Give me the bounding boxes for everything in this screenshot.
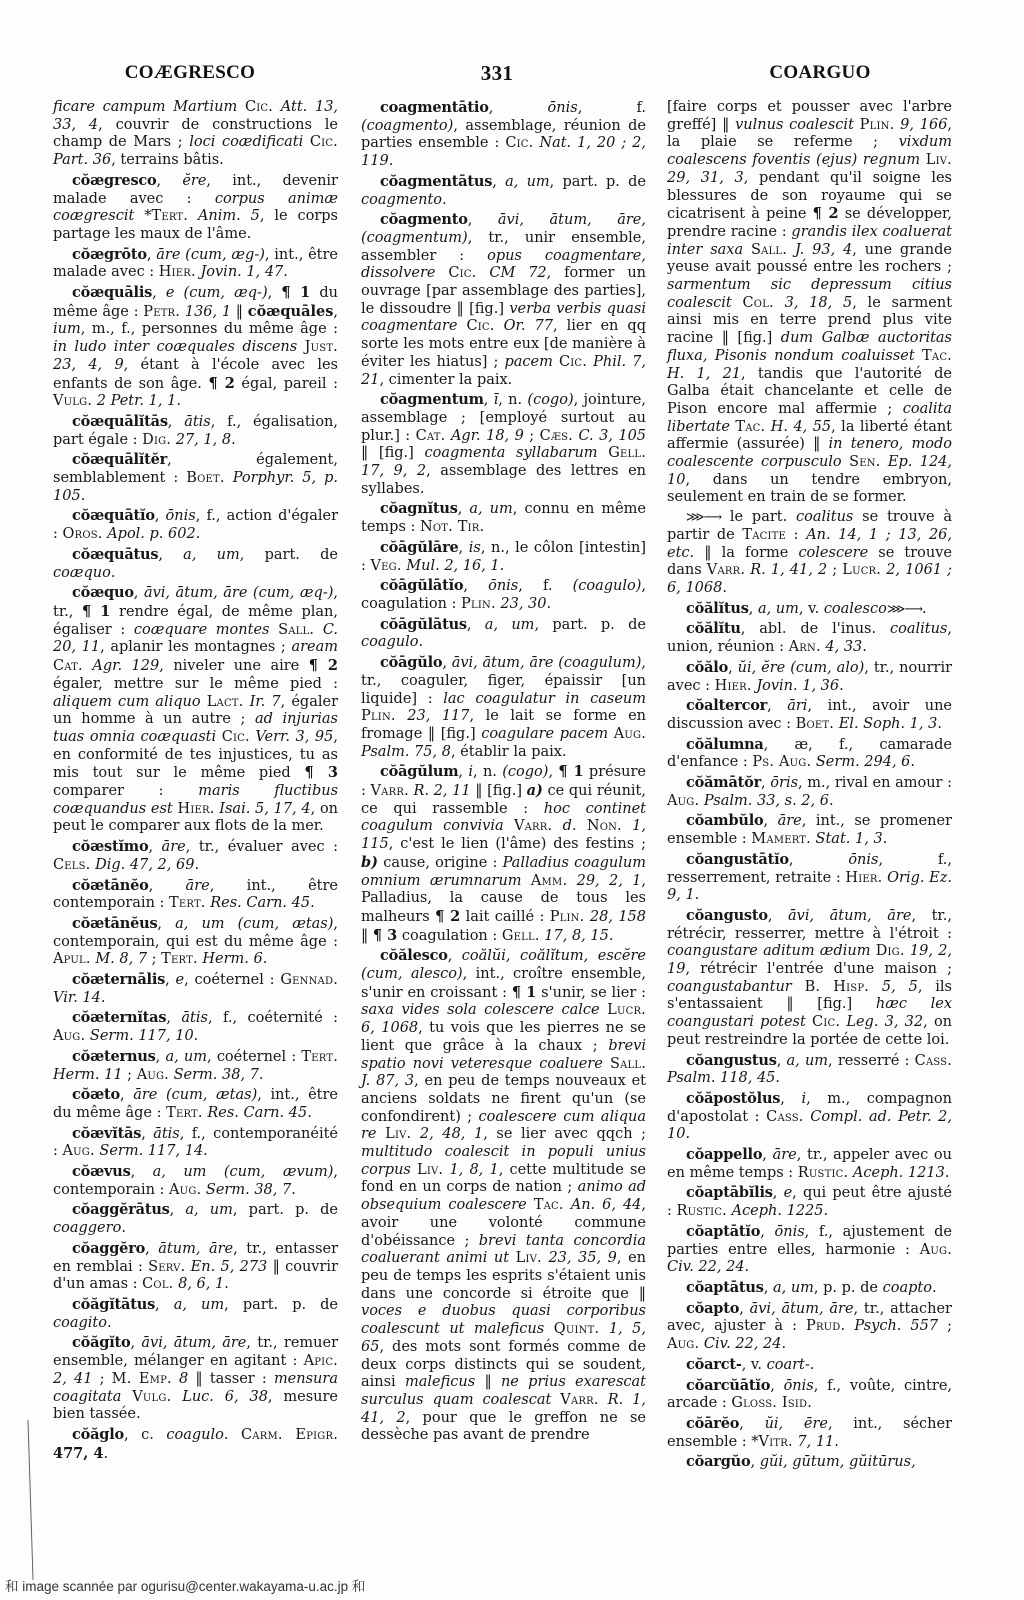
author-abbrev: Dig. — [142, 432, 171, 448]
author-abbrev: Aug. — [667, 793, 699, 809]
author-abbrev: Sall. — [751, 242, 787, 258]
definition-text: . — [834, 1434, 839, 1450]
definition-text: . — [310, 895, 315, 911]
definition-text: , resserré : — [828, 1053, 915, 1069]
italic-text: āre — [162, 839, 186, 855]
dictionary-entry: cŏætānĕus, a, um (cum, ætas), contempora… — [53, 915, 338, 969]
author-abbrev: Col. — [743, 295, 774, 311]
definition-text: , cimenter la paix. — [379, 372, 512, 388]
definition-text — [172, 1371, 179, 1387]
author-abbrev: Plin. — [550, 909, 585, 925]
definition-text — [527, 1197, 534, 1213]
italic-text: 29, 31, 3 — [667, 170, 744, 186]
definition-text: . — [418, 634, 423, 650]
entry-continuation: [faire corps et pousser avec l'arbre gre… — [667, 99, 952, 507]
definition-text — [273, 99, 281, 115]
italic-text: coæquo — [53, 565, 111, 581]
definition-text: ‖ la forme — [694, 545, 798, 561]
dictionary-entry: cŏāgŭlātus, a, um, part. p. de coagulo. — [361, 616, 646, 652]
author-abbrev: Tert. — [166, 1105, 203, 1121]
headword: cŏæquālĭtās — [72, 413, 168, 430]
italic-text: J. 87, 3 — [361, 1073, 414, 1089]
definition-text: . — [442, 192, 447, 208]
definition-text: . — [937, 716, 942, 732]
author-abbrev: Aug. — [63, 1143, 95, 1159]
italic-text: El. Soph. 1, 3 — [839, 716, 938, 732]
italic-text: āvi, ātum, āre (cum, æq-) — [144, 585, 333, 601]
definition-text: , — [131, 1164, 153, 1180]
author-abbrev: Tert. — [169, 895, 206, 911]
definition-text: , m., f., personnes du même âge : — [81, 321, 338, 337]
definition-text: . — [101, 990, 106, 1006]
definition-text: . — [775, 1070, 780, 1086]
headword: cŏaptābĭlis — [686, 1184, 773, 1201]
author-abbrev: Sen. — [849, 454, 880, 470]
definition-text: . — [695, 887, 700, 903]
headword: cŏălĭtus — [686, 600, 749, 617]
italic-text: d. — [563, 818, 577, 834]
definition-text: , — [170, 1202, 186, 1218]
italic-text: āre — [186, 878, 210, 894]
italic-text: aream — [291, 639, 338, 655]
definition-text — [774, 295, 785, 311]
dictionary-entry: cŏagnĭtus, a, um, connu en même temps : … — [361, 500, 646, 536]
definition-text: , v. — [799, 601, 824, 617]
headword: cŏămātŏr — [686, 774, 761, 791]
dictionary-entry: cŏăgĭtātus, a, um, part. p. de coagito. — [53, 1296, 338, 1332]
definition-text: . — [781, 1336, 786, 1352]
author-abbrev: Arn. — [789, 639, 821, 655]
headword: cŏæstĭmo — [72, 838, 148, 855]
definition-text: , — [459, 540, 469, 556]
headword: cŏæquālis — [72, 284, 152, 301]
author-abbrev: Aug. — [920, 1242, 952, 1258]
definition-text: , — [458, 501, 470, 517]
dictionary-entry: cŏagmentum, ī, n. (cogo), jointure, asse… — [361, 391, 646, 498]
definition-text: , — [131, 1335, 142, 1351]
italic-text: Ir. 7 — [250, 694, 281, 710]
italic-text: a, um — [758, 601, 799, 617]
italic-text: coalitus — [796, 509, 853, 525]
italic-text: CM 72 — [489, 265, 546, 281]
dictionary-entry: cŏappello, āre, tr., appeler avec ou en … — [667, 1146, 952, 1182]
definition-text: , — [120, 1087, 133, 1103]
italic-text: 23, 4, 9 — [53, 357, 124, 373]
italic-text: 7, 11 — [797, 1434, 834, 1450]
italic-text: Verr. 3, 95 — [255, 729, 333, 745]
headword: cŏaptātus — [686, 1279, 764, 1296]
italic-text: a, um — [183, 547, 240, 563]
italic-text: aliquem cum aliquo — [53, 694, 201, 710]
headword: cŏætānĕus — [72, 915, 157, 932]
definition-text — [603, 1056, 610, 1072]
author-abbrev: Hier. — [159, 264, 196, 280]
definition-text: , — [760, 1224, 774, 1240]
author-abbrev: Aug. — [53, 1028, 85, 1044]
definition-text: , — [467, 617, 485, 633]
author-abbrev: Apul. — [53, 951, 91, 967]
definition-text: . — [609, 928, 614, 944]
italic-text: Part. 36 — [53, 152, 111, 168]
dictionary-entry: cŏargŭo, gŭi, gūtum, gŭitūrus, — [667, 1453, 952, 1472]
italic-text: ātis — [184, 414, 211, 430]
definition-text: . — [829, 793, 834, 809]
headword: cŏăgĭtātus — [72, 1296, 155, 1313]
headword: cŏangustus — [686, 1052, 777, 1069]
italic-text: Luc. 6, 38 — [182, 1389, 268, 1405]
author-abbrev: Lact. — [207, 694, 244, 710]
italic-text: ficare campum Martium — [53, 99, 237, 115]
definition-text: . — [224, 1427, 241, 1443]
definition-text: . — [389, 153, 394, 169]
dictionary-entry: cŏangustus, a, um, resserré : Cass. Psal… — [667, 1052, 952, 1088]
definition-text: , établir la paix. — [451, 744, 567, 760]
definition-text: , coéternel : — [207, 1049, 301, 1065]
definition-text: , terrains bâtis. — [111, 152, 224, 168]
dictionary-entry: cŏaltercor, āri, int., avoir une discuss… — [667, 697, 952, 733]
definition-text: , — [168, 414, 184, 430]
dictionary-column-2: coagmentātio, ōnis, f. (coagmento), asse… — [361, 99, 646, 1447]
italic-text: Serm. 294, 6 — [816, 754, 911, 770]
headword: cŏārĕo — [686, 1415, 739, 1432]
definition-text: , — [463, 578, 488, 594]
italic-text: coagmenta syllabarum — [424, 445, 597, 461]
definition-text — [504, 818, 514, 834]
definition-text: ; — [827, 562, 842, 578]
italic-text: 2, 41 — [53, 1371, 92, 1387]
author-abbrev: Liv. — [417, 1162, 443, 1178]
headword: cŏangusto — [686, 907, 768, 924]
italic-text: āvi, ātum, āre — [141, 1335, 246, 1351]
headword: cŏāgŭlātĭo — [380, 577, 463, 594]
italic-text: H. 4, 55 — [771, 419, 831, 435]
italic-text: ōnis — [548, 100, 578, 116]
headword: cŏăglo — [72, 1426, 124, 1443]
italic-text: Psalm. 75, 8 — [361, 744, 451, 760]
italic-text: āvi, ātum, āre — [788, 908, 911, 924]
definition-text: . — [745, 1259, 750, 1275]
italic-text: Jovin. 1, 36 — [756, 678, 839, 694]
sense-letter: b) — [361, 854, 378, 871]
definition-text: , — [764, 813, 778, 829]
definition-text — [622, 818, 632, 834]
headword: cŏāgŭlātus — [380, 616, 467, 633]
italic-text: Res. Carn. 45 — [207, 1105, 307, 1121]
definition-text: , — [448, 948, 462, 964]
headword: cŏălesco — [380, 947, 448, 964]
definition-text: . — [263, 951, 268, 967]
definition-text: , — [149, 878, 186, 894]
definition-text — [577, 818, 587, 834]
left-guide-word: COÆGRESCO — [110, 60, 270, 86]
italic-text: Civ. 22, 24 — [667, 1259, 745, 1275]
italic-text: 17, 8, 15 — [544, 928, 609, 944]
definition-text: . — [839, 678, 844, 694]
italic-text: J. 93, 4 — [795, 242, 852, 258]
author-abbrev: Boet. — [796, 716, 834, 732]
definition-text: , — [166, 1010, 181, 1026]
author-abbrev: Plin. — [860, 117, 895, 133]
definition-text — [787, 242, 795, 258]
author-abbrev: Plin. — [461, 596, 496, 612]
definition-text: . — [111, 565, 116, 581]
definition-text: : — [786, 527, 806, 543]
italic-text: 29, 2, 1 — [577, 873, 642, 889]
dictionary-entry: cŏambŭlo, āre, int., se promener ensembl… — [667, 812, 952, 848]
author-abbrev: Varr. — [371, 783, 409, 799]
headword: cŏappello — [686, 1146, 762, 1163]
italic-text: Vir. 14 — [53, 990, 101, 1006]
definition-text: , — [155, 1297, 174, 1313]
author-abbrev: M. Emp. — [112, 1371, 172, 1387]
italic-text: coagulare pacem — [481, 726, 608, 742]
italic-text: Res. Carn. 45 — [210, 895, 310, 911]
italic-text: ātis — [181, 1010, 208, 1026]
definition-text — [842, 454, 849, 470]
italic-text: a, um — [485, 617, 535, 633]
author-abbrev: Tacite — [742, 527, 786, 543]
dictionary-entry: cŏălumna, æ, f., camarade d'enfance : Ps… — [667, 736, 952, 772]
italic-text: coangustare aditum ædium — [667, 943, 870, 959]
author-abbrev: Aug. — [614, 726, 646, 742]
definition-text: , niveler une aire — [159, 658, 309, 674]
italic-text: coagmento — [361, 192, 442, 208]
author-abbrev: Carm. Epigr. — [241, 1427, 338, 1443]
definition-text: , se lier avec qqch ; — [483, 1126, 646, 1142]
italic-text: Herm. 11 — [53, 1067, 123, 1083]
dictionary-entry: cŏălĭtu, abl. de l'inus. coalitus, union… — [667, 620, 952, 656]
italic-text: saxa vides sola colescere calce — [361, 1002, 600, 1018]
definition-text — [600, 1002, 608, 1018]
author-abbrev: Cels. — [53, 857, 91, 873]
definition-text: cause, origine : — [378, 855, 503, 871]
italic-text: colescere — [798, 545, 868, 561]
author-abbrev: Ps. Aug. — [752, 754, 811, 770]
italic-text: a, um — [174, 1297, 224, 1313]
bold-marker: 477, 4 — [53, 1445, 103, 1462]
italic-text: Aceph. 1225 — [732, 1203, 824, 1219]
definition-text — [869, 979, 882, 995]
italic-text: coagito — [53, 1315, 107, 1331]
definition-text: , — [767, 698, 787, 714]
italic-text: Anim. 5 — [198, 208, 260, 224]
dictionary-column-3: [faire corps et pousser avec l'arbre gre… — [667, 99, 952, 1474]
author-abbrev: Rustic. — [798, 1165, 848, 1181]
headword: cŏarcŭātĭo — [686, 1377, 770, 1394]
italic-text: coart- — [767, 1357, 810, 1373]
author-abbrev: Not. Tir. — [420, 519, 484, 535]
italic-text: coangustabantur — [667, 979, 792, 995]
author-abbrev: Cass. — [915, 1053, 952, 1069]
author-abbrev: Oros. — [63, 526, 103, 542]
dictionary-entry: cŏangustātĭo, ōnis, f., resserrement, re… — [667, 851, 952, 905]
author-abbrev: Vulg. — [132, 1389, 171, 1405]
headword: cŏaltercor — [686, 697, 767, 714]
dictionary-entry: cŏæternĭtas, ātis, f., coéternité : Aug.… — [53, 1009, 338, 1045]
definition-text: , — [458, 764, 468, 780]
author-abbrev: Tert. — [161, 951, 198, 967]
definition-text: ; — [123, 1067, 137, 1083]
author-abbrev: Cic. — [222, 729, 250, 745]
author-abbrev: Non. — [587, 818, 622, 834]
italic-text: Mul. 2, 16, 1 — [406, 558, 499, 574]
italic-text: coapto — [883, 1280, 932, 1296]
headword: cŏæquo — [72, 584, 134, 601]
italic-text: ium — [53, 321, 81, 337]
dictionary-entry: cŏægresco, ĕre, int., devenir malade ave… — [53, 172, 338, 244]
dictionary-entry: cŏăglo, c. coagulo. Carm. Epigr. 477, 4. — [53, 1426, 338, 1463]
author-abbrev: Prud. — [806, 1318, 845, 1334]
author-abbrev: Sall. — [610, 1056, 646, 1072]
author-abbrev: Tert. — [151, 208, 188, 224]
headword: coagmentātio — [380, 99, 489, 116]
author-abbrev: Vulg. — [53, 393, 92, 409]
definition-text: , — [492, 174, 505, 190]
italic-text: 8, 6, 1 — [178, 1276, 224, 1292]
definition-text: . — [547, 596, 552, 612]
author-abbrev: Cæs. — [540, 428, 573, 444]
definition-text: , — [147, 247, 156, 263]
definition-text: , c'est le lien (l'âme) des festins ; — [389, 836, 646, 852]
definition-text: , — [158, 547, 183, 563]
definition-text: , — [739, 1416, 764, 1432]
author-abbrev: Quint. — [554, 1321, 600, 1337]
dictionary-entry: cŏapto, āvi, ātum, āre, tr., attacher av… — [667, 1300, 952, 1354]
italic-text: 9, 166 — [900, 117, 947, 133]
definition-text: , — [157, 173, 183, 189]
italic-text: lac coagulatur in caseum — [443, 691, 646, 707]
headword: cŏagmentātus — [380, 173, 492, 190]
italic-text: āre — [778, 813, 802, 829]
italic-text: En. 5, 273 — [191, 1259, 268, 1275]
author-abbrev: Cic. — [310, 134, 338, 150]
definition-text — [476, 265, 489, 281]
definition-text: , — [777, 1053, 787, 1069]
definition-text: , — [141, 1126, 153, 1142]
definition-text: . — [194, 1028, 199, 1044]
definition-text: , — [548, 764, 558, 780]
dictionary-entry: cŏæto, āre (cum, ætas), int., être du mê… — [53, 1086, 338, 1122]
definition-text: , — [773, 1185, 784, 1201]
author-abbrev: Liv. — [516, 1250, 542, 1266]
author-abbrev: Lucr. — [842, 562, 881, 578]
definition-text: , p. p. de — [814, 1280, 883, 1296]
definition-text: . — [196, 526, 201, 542]
page-number: 331 — [457, 60, 537, 86]
headword: cŏangustātĭo — [686, 851, 789, 868]
definition-text — [303, 134, 310, 150]
headword: cŏagnĭtus — [380, 500, 458, 517]
dictionary-entry: cŏæternālis, e, coéternel : Gennad. Vir.… — [53, 971, 338, 1007]
italic-text: a, um (cum, ætas) — [175, 916, 333, 932]
dictionary-entry: cŏăgĭto, āvi, ātum, āre, tr., remuer ens… — [53, 1334, 338, 1424]
author-abbrev: Petr. — [143, 304, 180, 320]
definition-text: , rétrécir l'entrée d'une maison ; — [685, 961, 952, 977]
definition-text — [297, 339, 304, 355]
author-abbrev: Cass. — [766, 1109, 803, 1125]
author-abbrev: Tac. — [534, 1197, 564, 1213]
author-abbrev: Gennad. — [280, 972, 338, 988]
definition-text: , — [789, 852, 848, 868]
bold-marker: ¶ 2 — [813, 205, 839, 222]
headword: cŏæternālis — [72, 971, 165, 988]
italic-text: ōnis — [488, 578, 518, 594]
italic-text: āvi, ātum, āre — [750, 1301, 854, 1317]
definition-text: ‖ [fig.] — [361, 445, 424, 461]
italic-text: Psych. 557 — [854, 1318, 938, 1334]
author-abbrev: Amm. — [531, 873, 567, 889]
dictionary-entry: cŏălĭtus, a, um, v. coalesco⋙⟶. — [667, 600, 952, 619]
italic-text: āvi, ātum, āre (coagulum) — [452, 655, 642, 671]
author-abbrev: Cic. — [448, 265, 476, 281]
dictionary-entry: cŏāgŭlum, i, n. (cogo), ¶ 1 présure : Va… — [361, 763, 646, 945]
italic-text: (cogo) — [502, 764, 548, 780]
italic-text: coagulo — [361, 634, 418, 650]
definition-text: . — [81, 488, 86, 504]
author-abbrev: Hier. — [715, 678, 752, 694]
author-abbrev: Cic. — [505, 135, 533, 151]
definition-text: . — [685, 1126, 690, 1142]
headword: cŏætānĕo — [72, 877, 149, 894]
definition-text: , coéternel : — [184, 972, 280, 988]
definition-text — [495, 318, 504, 334]
definition-text: . — [722, 580, 727, 596]
italic-text: coaggero — [53, 1220, 121, 1236]
dictionary-entry: cŏæquālĭtās, ātis, f., égalisation, part… — [53, 413, 338, 449]
definition-text: , — [764, 1280, 773, 1296]
italic-text: R. 2, 11 — [414, 783, 471, 799]
dictionary-entry: cŏagmentātus, a, um, part. p. de coagmen… — [361, 173, 646, 209]
italic-text: 136, 1 — [185, 304, 231, 320]
definition-text: comparer : — [53, 783, 198, 799]
author-abbrev: Just. — [305, 339, 338, 355]
italic-text: a, um — [505, 174, 550, 190]
headword: cŏaggĕrātus — [72, 1201, 170, 1218]
italic-text: ātum, āre — [158, 1241, 233, 1257]
headword: cŏambŭlo — [686, 812, 764, 829]
dictionary-entry: cŏălo, ŭi, ĕre (cum, alo), tr., nourrir … — [667, 659, 952, 695]
dictionary-entry: cŏæstĭmo, āre, tr., évaluer avec : Cels.… — [53, 838, 338, 874]
italic-text: Serm. 117, 10 — [90, 1028, 194, 1044]
definition-text: , part. p. de — [550, 174, 646, 190]
italic-text: 6, 1068 — [361, 1020, 418, 1036]
definition-text — [564, 1197, 571, 1213]
italic-text: Jovin. 1, 47 — [200, 264, 283, 280]
definition-text: , — [333, 304, 338, 320]
dictionary-entry: cŏæternus, a, um, coéternel : Tert. Herm… — [53, 1048, 338, 1084]
definition-text: ; — [938, 1318, 952, 1334]
italic-text: Psalm. 33, s. 2, 6 — [704, 793, 829, 809]
italic-text: Herm. 6 — [202, 951, 262, 967]
definition-text — [237, 99, 245, 115]
definition-text: égaler, mettre sur le même pied : — [53, 676, 338, 692]
scan-artifact-line — [27, 1420, 33, 1580]
definition-text — [188, 208, 198, 224]
italic-text: 23, 35, 9 — [548, 1250, 616, 1266]
headword: cŏarct- — [686, 1356, 742, 1373]
definition-text: . — [291, 1182, 296, 1198]
definition-text: , — [751, 1454, 760, 1470]
author-abbrev: Gloss. Isid. — [731, 1395, 812, 1411]
definition-text — [792, 979, 805, 995]
italic-text: Apol. p. 602 — [107, 526, 196, 542]
dictionary-entry: cŏaggĕrātus, a, um, part. p. de coaggero… — [53, 1201, 338, 1237]
definition-text: . — [103, 1446, 108, 1462]
headword: cŏălumna — [686, 736, 764, 753]
scan-credit: 和 image scannée par ogurisu@center.wakay… — [5, 1575, 365, 1595]
definition-text: lait caillé : — [460, 909, 550, 925]
italic-text: 2, 48, 1 — [420, 1126, 483, 1142]
